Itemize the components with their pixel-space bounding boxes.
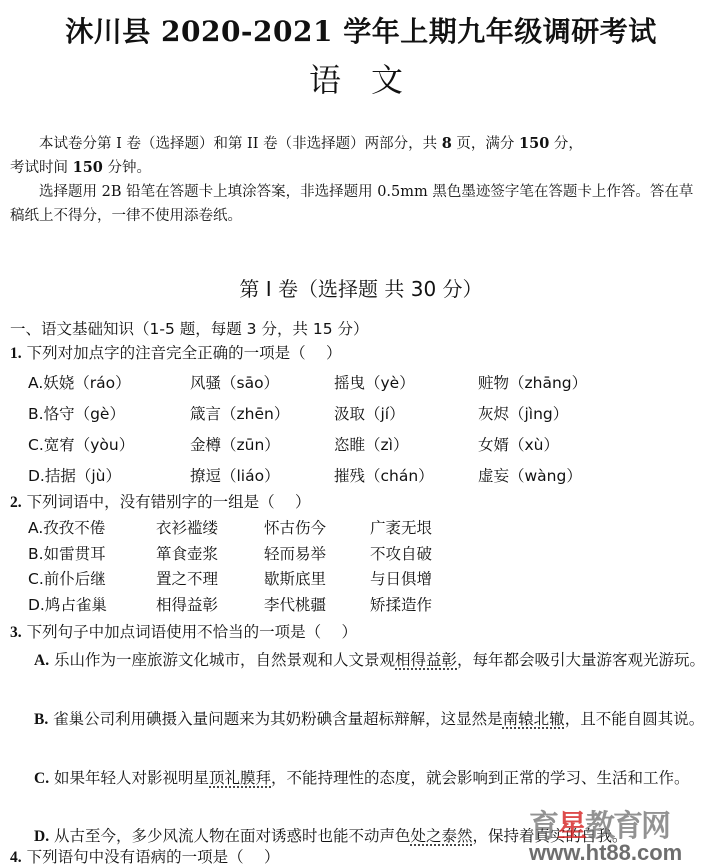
question-text: 下列词语中，没有错别字的一组是（ ） (27, 493, 311, 511)
question-text: 下列句子中加点词语使用不恰当的一项是（ ） (27, 623, 357, 641)
q3-option-b[interactable]: B. 雀巢公司利用碘摄入量问题来为其奶粉碘含量超标辩解，这显然是南辕北辙，且不能… (10, 705, 710, 734)
option-label: D. (34, 828, 49, 845)
option-text: 如果年轻人对影视明星 (54, 769, 209, 787)
q2-option-a-item-3: 怀古伤今 (264, 517, 326, 539)
instructions-text: 本试卷分第 I 卷（选择题）和第 II 卷（非选择题）两部分，共 (39, 136, 442, 152)
instructions-text: 分， (549, 136, 583, 152)
q2-option-b-item-3: 轻而易举 (264, 543, 326, 565)
q1-option-c[interactable]: C.宽宥（yòu） (28, 434, 134, 456)
q2-option-a-item-4: 广袤无垠 (370, 517, 432, 539)
option-label: B. (28, 405, 44, 423)
instructions-text: 分钟。 (103, 160, 151, 176)
question-4-stem: 4. 下列语句中没有语病的一项是（ ） (10, 846, 280, 865)
dotted-phrase: 顶礼膜拜 (209, 769, 271, 787)
q1-option-b-item-2: 箴言（zhēn） (190, 403, 289, 425)
option-text: ，每年都会吸引大量游客观光游玩。 (457, 651, 705, 669)
q1-option-b-item-3: 汲取（jí） (334, 403, 405, 425)
option-label: D. (28, 596, 45, 614)
part-one-heading: 一、语文基础知识（1-5 题，每题 3 分，共 15 分） (10, 318, 369, 340)
q2-option-c[interactable]: C.前仆后继 (28, 568, 106, 590)
q2-option-a-item-2: 衣衫褴缕 (156, 517, 218, 539)
page-count: 8 (442, 135, 452, 152)
instructions-paragraph-1: 本试卷分第 I 卷（选择题）和第 II 卷（非选择题）两部分，共 8 页，满分 … (10, 132, 700, 156)
option-text: ，保持着真实的自我。 (473, 827, 628, 845)
q2-option-c-item-3: 歇斯底里 (264, 568, 326, 590)
q1-option-a-item-4: 赃物（zhāng） (478, 372, 587, 394)
option-item: 宽宥（yòu） (44, 436, 134, 454)
q1-option-b-item-4: 灰烬（jìng） (478, 403, 568, 425)
option-item: 拮据（jù） (45, 467, 121, 485)
exam-subject: 语文 (0, 60, 722, 100)
q2-option-d-item-4: 矫揉造作 (370, 594, 432, 616)
section-title: 第 I 卷（选择题 共 30 分） (0, 274, 722, 304)
q2-option-d-item-3: 李代桃疆 (264, 594, 326, 616)
option-text: 雀巢公司利用碘摄入量问题来为其奶粉碘含量超标辩解，这显然是 (53, 710, 503, 728)
option-text: 乐山作为一座旅游文化城市，自然景观和人文景观 (54, 651, 395, 669)
question-number: 2. (10, 494, 22, 511)
question-number: 1. (10, 345, 22, 362)
option-text: ，不能持理性的态度，就会影响到正常的学习、生活和工作。 (271, 769, 690, 787)
option-label: D. (28, 467, 45, 485)
q2-option-b-item-2: 箪食壶浆 (156, 543, 218, 565)
q3-option-c[interactable]: C. 如果年轻人对影视明星顶礼膜拜，不能持理性的态度，就会影响到正常的学习、生活… (10, 764, 710, 793)
instructions-paragraph-1-cont: 考试时间 150 分钟。 (10, 156, 700, 180)
exam-title: 沐川县 2020-2021 学年上期九年级调研考试 (0, 14, 722, 50)
q3-option-a[interactable]: A. 乐山作为一座旅游文化城市，自然景观和人文景观相得益彰，每年都会吸引大量游客… (10, 646, 710, 675)
instructions-paragraph-2: 选择题用 2B 铅笔在答题卡上填涂答案，非选择题用 0.5mm 黑色墨迹签字笔在… (10, 180, 700, 228)
q2-option-a[interactable]: A.孜孜不倦 (28, 517, 105, 539)
option-text: ，且不能自圆其说。 (565, 710, 705, 728)
exam-time: 150 (73, 159, 103, 176)
q2-option-d[interactable]: D.鸠占雀巢 (28, 594, 107, 616)
option-label: A. (28, 519, 43, 537)
q1-option-c-item-2: 金樽（zūn） (190, 434, 280, 456)
question-3-stem: 3. 下列句子中加点词语使用不恰当的一项是（ ） (10, 621, 357, 644)
q1-option-d-item-3: 摧残（chán） (334, 465, 434, 487)
q1-option-c-item-3: 恣睢（zì） (334, 434, 408, 456)
q2-option-b-item-4: 不攻自破 (370, 543, 432, 565)
question-number: 4. (10, 849, 22, 865)
q1-option-a[interactable]: A.妖娆（ráo） (28, 372, 131, 394)
option-label: A. (28, 374, 43, 392)
instructions-text: 页，满分 (452, 136, 519, 152)
question-1-stem: 1. 下列对加点字的注音完全正确的一项是（ ） (10, 342, 342, 365)
instructions-text: 考试时间 (10, 160, 73, 176)
q2-option-c-item-4: 与日俱增 (370, 568, 432, 590)
option-label: B. (28, 545, 44, 563)
q1-option-b[interactable]: B.恪守（gè） (28, 403, 125, 425)
option-item: 妖娆（ráo） (43, 374, 130, 392)
option-text: 从古至今，多少风流人物在面对诱惑时也能不动声色 (54, 827, 411, 845)
q2-option-d-item-2: 相得益彰 (156, 594, 218, 616)
question-text: 下列对加点字的注音完全正确的一项是（ ） (27, 344, 342, 362)
option-item: 鸠占雀巢 (45, 596, 107, 614)
option-label: C. (28, 436, 44, 454)
option-item: 恪守（gè） (44, 405, 125, 423)
q2-option-c-item-2: 置之不理 (156, 568, 218, 590)
question-2-stem: 2. 下列词语中，没有错别字的一组是（ ） (10, 491, 311, 514)
dotted-phrase: 处之泰然 (411, 827, 473, 845)
full-score: 150 (519, 135, 549, 152)
option-label: A. (34, 652, 49, 669)
q1-option-a-item-2: 风骚（sāo） (190, 372, 279, 394)
q2-option-b[interactable]: B.如雷贯耳 (28, 543, 106, 565)
option-label: B. (34, 711, 48, 728)
q1-option-d-item-2: 撩逗（liáo） (190, 465, 280, 487)
option-label: C. (28, 570, 44, 588)
q1-option-c-item-4: 女婿（xù） (478, 434, 559, 456)
option-label: C. (34, 770, 49, 787)
question-number: 3. (10, 624, 22, 641)
q1-option-d-item-4: 虚妄（wàng） (478, 465, 582, 487)
dotted-phrase: 南辕北辙 (503, 710, 565, 728)
option-item: 孜孜不倦 (43, 519, 105, 537)
q1-option-d[interactable]: D.拮据（jù） (28, 465, 121, 487)
q1-option-a-item-3: 摇曳（yè） (334, 372, 415, 394)
dotted-phrase: 相得益彰 (395, 651, 457, 669)
option-item: 前仆后继 (44, 570, 106, 588)
question-text: 下列语句中没有语病的一项是（ ） (27, 848, 280, 865)
option-item: 如雷贯耳 (44, 545, 106, 563)
